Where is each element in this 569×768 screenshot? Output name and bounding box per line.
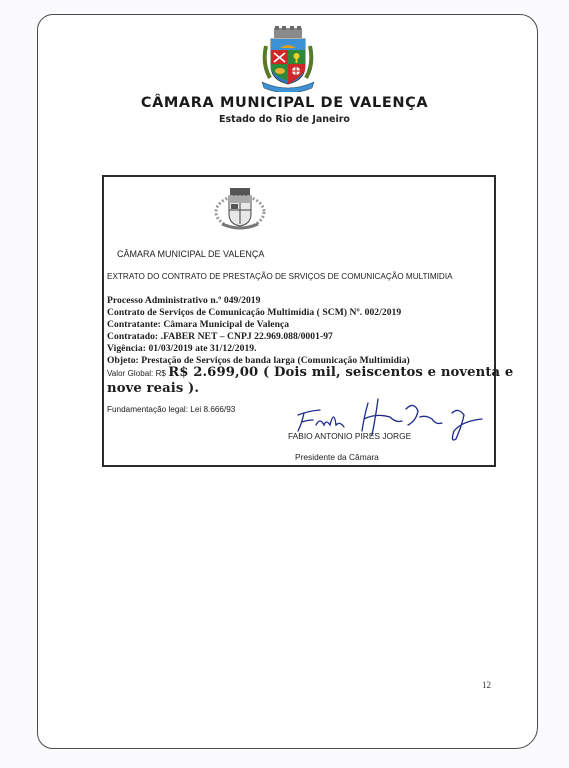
signer-role: Presidente da Câmara [295, 452, 379, 462]
global-value: Valor Global: R$ R$ 2.699,00 ( Dois mil,… [107, 365, 513, 380]
global-value-label: Valor Global: R$ [107, 369, 168, 378]
coat-of-arms-grayscale-icon [212, 186, 268, 232]
letterhead-subtitle: Estado do Rio de Janeiro [0, 114, 569, 125]
page-number: 12 [482, 680, 491, 690]
contracted-party: Contratado: .FABER NET – CNPJ 22.969.088… [107, 331, 333, 342]
letterhead-title: CÂMARA MUNICIPAL DE VALENÇA [0, 95, 569, 111]
extract-heading: EXTRATO DO CONTRATO DE PRESTAÇÃO DE SRVI… [107, 272, 453, 281]
legal-basis: Fundamentação legal: Lei 8.666/93 [107, 405, 235, 414]
global-value-amount-cont: nove reais ). [107, 381, 199, 396]
global-value-continued: nove reais ). [107, 381, 199, 396]
process-number: Processo Administrativo n.º 049/2019 [107, 295, 261, 306]
global-value-amount: R$ 2.699,00 ( Dois mil, seiscentos e nov… [168, 365, 513, 380]
extract-institution: CÂMARA MUNICIPAL DE VALENÇA [117, 249, 264, 259]
coat-of-arms-icon [260, 26, 316, 92]
validity-period: Vigência: 01/03/2019 ate 31/12/2019. [107, 343, 257, 354]
signer-name: FABIO ANTONIO PIRES JORGE [288, 431, 411, 441]
contract-number: Contrato de Serviços de Comunicação Mult… [107, 307, 401, 318]
contracting-party: Contratante: Câmara Municipal de Valença [107, 319, 289, 330]
